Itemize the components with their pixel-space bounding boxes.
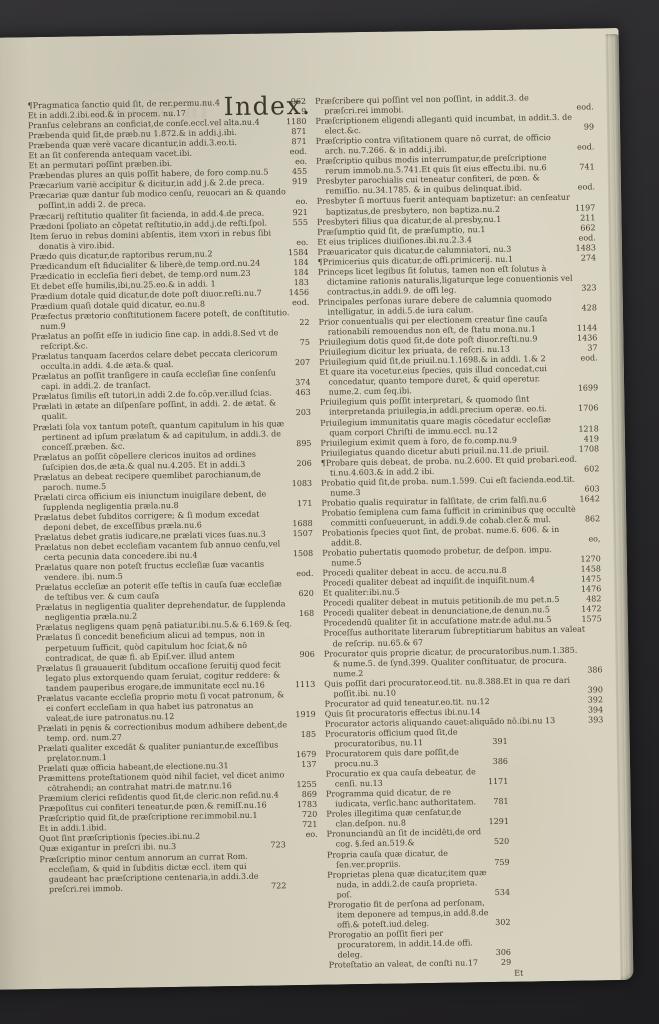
entry-page-ref: eo. xyxy=(291,238,308,248)
entry-page-ref: 1472 xyxy=(576,605,602,615)
entry-page-ref: 386 xyxy=(582,665,602,675)
entry-page-ref: 1218 xyxy=(573,424,599,434)
entry-page-ref: 99 xyxy=(579,123,594,133)
entry-page-ref: eo. xyxy=(291,197,308,207)
entry-page-ref: 1180 xyxy=(281,117,307,127)
entry-text: Prælatus ſi grauauerit ſubditum occaſion… xyxy=(36,660,290,694)
entry-page-ref: 1436 xyxy=(572,333,598,343)
entry-page-ref: 906 xyxy=(294,649,314,659)
entry-page-ref: 781 xyxy=(488,797,508,807)
entry-page-ref: 1688 xyxy=(287,519,313,529)
entry-page-ref: 455 xyxy=(287,167,307,177)
entry-page-ref: 203 xyxy=(291,408,311,418)
entry-page-ref: 1476 xyxy=(576,585,602,595)
entry-page-ref: 137 xyxy=(296,760,316,770)
index-entry: Prælatus ſi grauauerit ſubditum occaſion… xyxy=(36,659,315,694)
entry-page-ref: 723 xyxy=(265,841,285,851)
entry-page-ref: 419 xyxy=(579,434,599,444)
index-entry: Prorogatio fit de perſona ad perſonam, i… xyxy=(328,896,607,931)
entry-page-ref: 206 xyxy=(291,459,311,469)
entry-page-ref: 207 xyxy=(290,358,310,368)
entry-page-ref: eod. xyxy=(573,183,595,193)
entry-page-ref: 374 xyxy=(290,378,310,388)
entry-page-ref: 1456 xyxy=(284,288,310,298)
index-column-left: ¶Pragmatica ſanctio quid ſit, de rer.per… xyxy=(28,97,320,986)
entry-page-ref: 1642 xyxy=(574,494,600,504)
entry-page-ref: 482 xyxy=(581,595,601,605)
entry-text: Proprietas plena quæ dicatur,item quæ nu… xyxy=(327,868,490,901)
index-entry: Prælatus ſi concedit beneficium alicui a… xyxy=(36,629,315,664)
entry-page-ref: eo. xyxy=(290,157,307,167)
entry-page-ref: 1483 xyxy=(571,243,597,253)
entry-page-ref: 1475 xyxy=(576,575,602,585)
photo-background: In ſenſem Index. ¶Pragmatica ſanctio qui… xyxy=(0,0,659,1024)
entry-page-ref: 22 xyxy=(294,318,309,328)
entry-page-ref: 602 xyxy=(579,464,599,474)
entry-page-ref: 759 xyxy=(489,857,509,867)
entry-page-ref: 184 xyxy=(288,268,308,278)
index-entry: Et quare ita vocetur.eius ſpecies, quis … xyxy=(319,364,598,399)
entry-page-ref: 392 xyxy=(583,695,603,705)
index-entry: Princeps licet legibus ſit ſolutus, tame… xyxy=(318,263,597,298)
entry-page-ref: 323 xyxy=(576,283,596,293)
entry-page-ref: 871 xyxy=(286,127,306,137)
index-columns: ¶Pragmatica ſanctio quid ſit, de rer.per… xyxy=(28,92,608,986)
entry-page-ref: 1144 xyxy=(572,323,598,333)
entry-page-ref: 1699 xyxy=(573,384,599,394)
entry-page-ref: 1708 xyxy=(574,444,600,454)
entry-page-ref: 722 xyxy=(266,881,286,891)
entry-text: Præſcriptio minor centum annorum an curr… xyxy=(39,851,266,895)
entry-page-ref: 720 xyxy=(297,810,317,820)
entry-page-ref: 1507 xyxy=(287,529,313,539)
index-entry: Prælatus vacante eccleſia proprio motu ſ… xyxy=(37,690,316,725)
entry-page-ref: 1584 xyxy=(283,248,309,258)
entry-page-ref: 520 xyxy=(489,837,509,847)
entry-page-ref: 1171 xyxy=(483,777,509,787)
entry-page-ref: 871 xyxy=(286,137,306,147)
entry-text: Prælatus vacante eccleſia proprio motu ſ… xyxy=(37,690,291,724)
entry-page-ref: 869 xyxy=(297,790,317,800)
entry-page-ref: 428 xyxy=(577,303,597,313)
entry-page-ref: 185 xyxy=(296,730,316,740)
entry-page-ref: 1255 xyxy=(291,780,317,790)
entry-page-ref: 1575 xyxy=(576,615,602,625)
entry-page-ref: 386 xyxy=(488,757,508,767)
entry-text: Et quare ita vocetur.eius ſpecies, quis … xyxy=(319,364,573,398)
entry-text: Prorogatio fit de perſona ad perſonam, i… xyxy=(328,898,491,931)
entry-page-ref: 534 xyxy=(490,887,510,897)
book-page: In ſenſem Index. ¶Pragmatica ſanctio qui… xyxy=(0,28,633,990)
entry-page-ref: 1783 xyxy=(292,800,318,810)
entry-text: Pronunciandū an ſit de incidēti,de ord c… xyxy=(327,828,490,851)
index-column-right: Præſcribere qui poſſint vel non poſſint,… xyxy=(315,92,607,981)
entry-page-ref: 1706 xyxy=(573,404,599,414)
index-entry: Proprietas plena quæ dicatur,item quæ nu… xyxy=(327,866,606,901)
entry-text: Procuratio ex qua cauſa debeatur, de cen… xyxy=(326,767,483,790)
entry-page-ref: 390 xyxy=(583,685,603,695)
entry-page-ref: 306 xyxy=(491,948,511,958)
entry-page-ref: eod. xyxy=(572,143,594,153)
entry-page-ref: 1113 xyxy=(290,680,316,690)
entry-text: Princeps licet legibus ſit ſolutus, tame… xyxy=(318,263,577,297)
entry-page-ref: 168 xyxy=(294,609,314,619)
index-entry: Procurator quis proprie dicatur, de proc… xyxy=(324,645,603,680)
entry-page-ref: eod. xyxy=(573,233,595,243)
entry-text: Programma quid dicatur, de re iudicata, … xyxy=(326,787,489,810)
entry-page-ref: 603 xyxy=(579,484,599,494)
entry-page-ref: 921 xyxy=(287,207,307,217)
entry-page-ref: 1508 xyxy=(288,549,314,559)
entry-page-ref: 9 xyxy=(296,107,306,117)
entry-page-ref: eod. xyxy=(285,147,307,157)
entry-page-ref: 862 xyxy=(580,514,600,524)
entry-page-ref: 171 xyxy=(292,499,312,509)
entry-page-ref: 211 xyxy=(575,213,595,223)
entry-page-ref: 620 xyxy=(293,589,313,599)
entry-page-ref: 1291 xyxy=(484,817,510,827)
entry-page-ref: 1458 xyxy=(576,565,602,575)
entry-text: Procuratorem quis dare poſſit,de procu.n… xyxy=(325,747,488,770)
entry-page-ref: 721 xyxy=(297,820,317,830)
index-entry: Præſcriptio minor centum annorum an curr… xyxy=(39,850,318,895)
entry-page-ref: 393 xyxy=(583,715,603,725)
entry-page-ref: eod. xyxy=(575,354,597,364)
entry-text: Prorogatio an poſſit fieri per procurato… xyxy=(328,928,491,961)
entry-page-ref: 1083 xyxy=(287,479,313,489)
entry-text: Propria cauſa quæ dicatur, de ſen.ver.pr… xyxy=(327,848,490,871)
entry-page-ref: 741 xyxy=(574,163,594,173)
entry-page-ref: 302 xyxy=(490,918,510,928)
index-entry: Prorogatio an poſſit fieri per procurato… xyxy=(328,926,607,961)
entry-page-ref: eod. xyxy=(287,298,309,308)
entry-page-ref: 184 xyxy=(288,258,308,268)
entry-page-ref: eo. xyxy=(301,830,318,840)
entry-page-ref: 463 xyxy=(290,388,310,398)
entry-page-ref: 919 xyxy=(287,177,307,187)
entry-text: Prælati ſola vox tantum poteſt, quantum … xyxy=(33,419,292,453)
entry-page-ref: 962 xyxy=(286,97,306,107)
entry-page-ref: 895 xyxy=(291,438,311,448)
entry-text: Proles illegitima quæ cenſatur,de clan.d… xyxy=(326,808,483,831)
entry-page-ref: 29 xyxy=(496,958,511,968)
entry-page-ref: eod. xyxy=(291,569,313,579)
entry-page-ref: 274 xyxy=(576,253,596,263)
entry-page-ref: 391 xyxy=(487,737,507,747)
entry-page-ref: 183 xyxy=(289,278,309,288)
entry-page-ref: 1679 xyxy=(291,750,317,760)
entry-page-ref: 37 xyxy=(582,344,597,354)
entry-page-ref: 662 xyxy=(575,223,595,233)
entry-page-ref: 1197 xyxy=(570,203,596,213)
entry-page-ref: 394 xyxy=(583,705,603,715)
entry-page-ref: eo, xyxy=(583,534,600,544)
entry-text: Procuratoris officium quod ſit,de procur… xyxy=(325,727,488,750)
entry-page-ref: 75 xyxy=(295,338,310,348)
entry-page-ref: 555 xyxy=(288,217,308,227)
index-entry: Prælati ſola vox tantum poteſt, quantum … xyxy=(33,418,312,453)
entry-text: Prælatus ſi concedit beneficium alicui a… xyxy=(36,630,295,664)
entry-page-ref: 1919 xyxy=(290,710,316,720)
entry-page-ref: eod. xyxy=(571,102,593,112)
entry-text: Procurator quis proprie dicatur, de proc… xyxy=(324,645,583,679)
entry-page-ref: 1270 xyxy=(575,554,601,564)
